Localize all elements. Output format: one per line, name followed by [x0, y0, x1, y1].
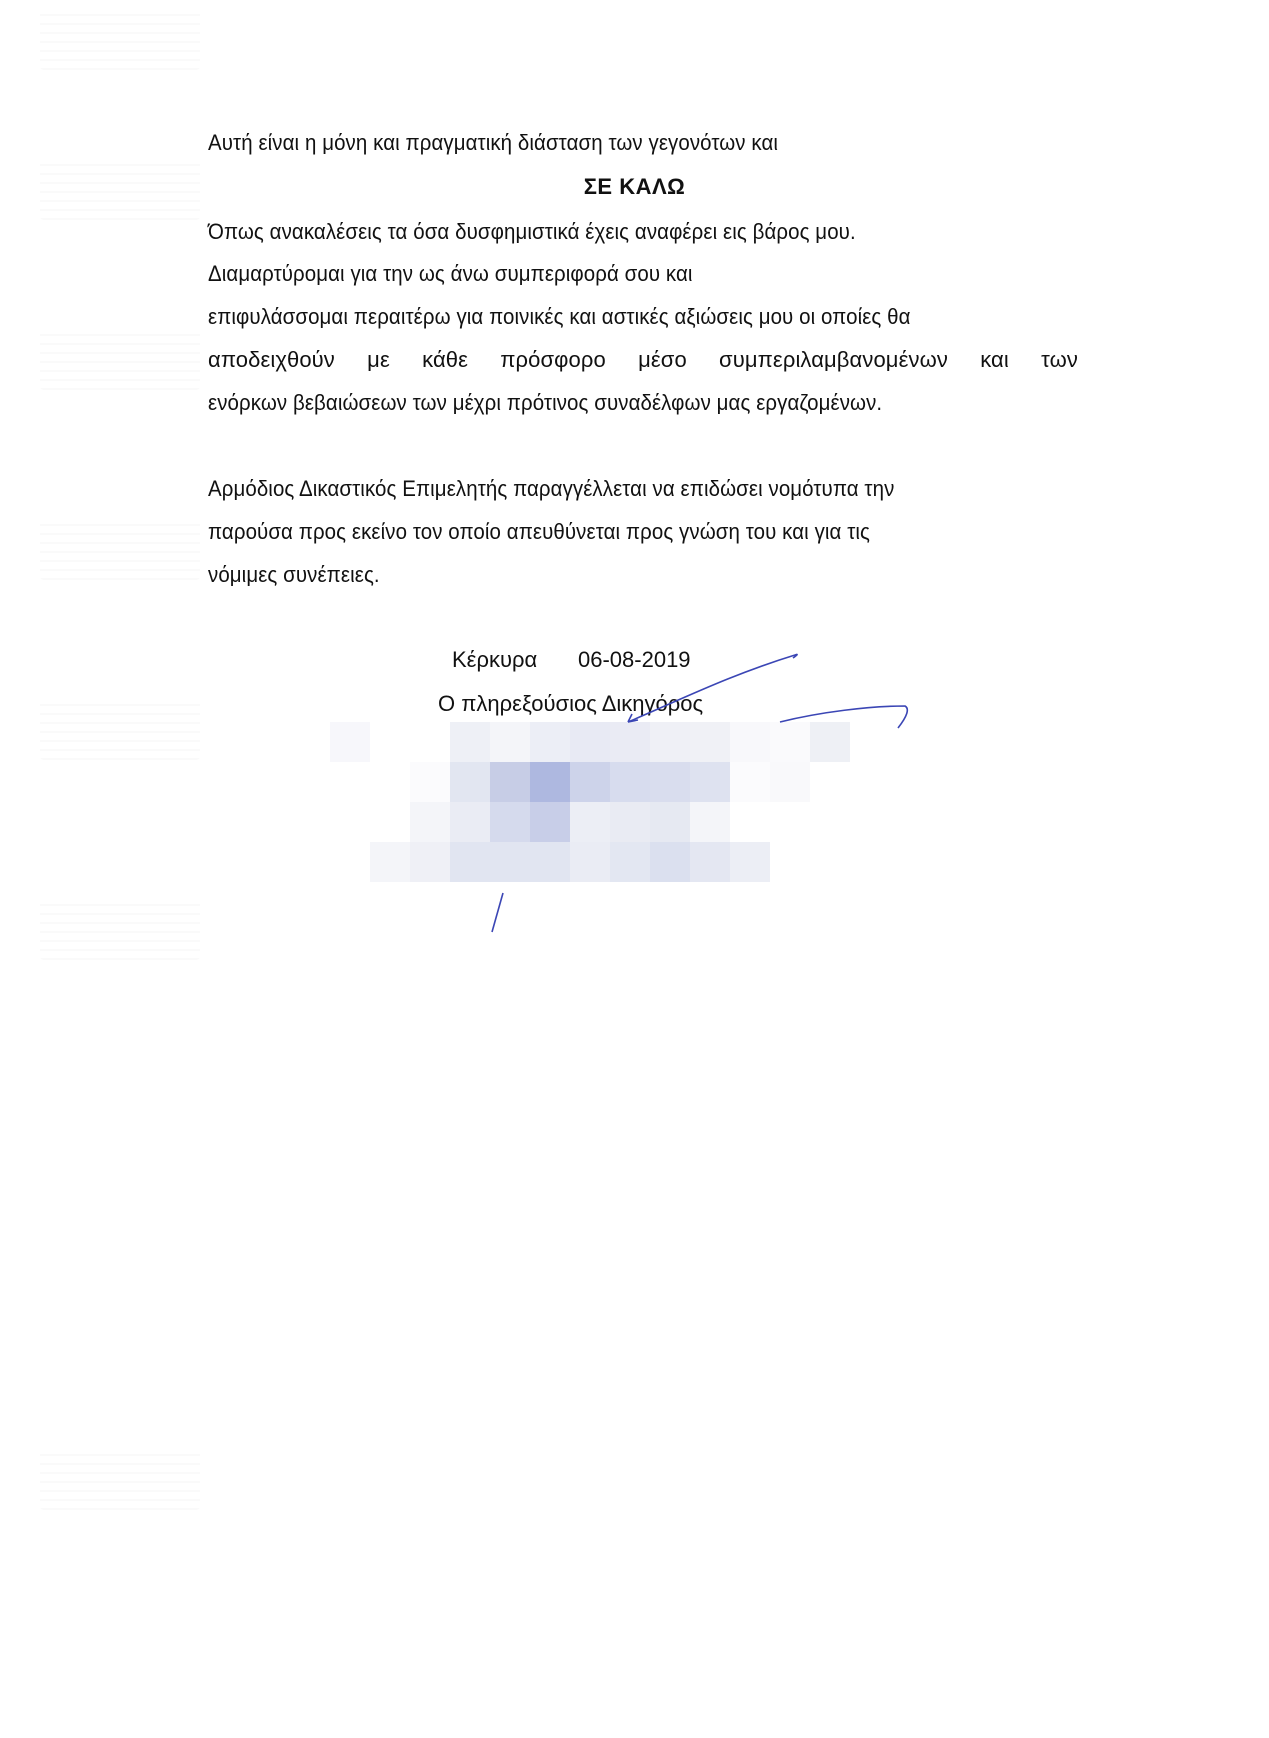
text-line: Αυτή είναι η μόνη και πραγματική διάστασ… — [208, 130, 778, 156]
signature-place: Κέρκυρα — [452, 647, 537, 673]
redaction-pixel — [570, 722, 610, 762]
redaction-pixel — [370, 842, 410, 882]
signature-date: 06-08-2019 — [578, 647, 691, 673]
redaction-pixel — [410, 842, 450, 882]
text-line: Όπως ανακαλέσεις τα όσα δυσφημιστικά έχε… — [208, 219, 856, 245]
redaction-pixel — [450, 762, 490, 802]
redaction-pixel — [650, 722, 690, 762]
redaction-pixel — [650, 762, 690, 802]
redaction-pixel — [810, 722, 850, 762]
redaction-pixel — [610, 722, 650, 762]
text-line: Διαμαρτύρομαι για την ως άνω συμπεριφορά… — [208, 261, 693, 287]
redaction-pixel — [450, 842, 490, 882]
text-line: Αρμόδιος Δικαστικός Επιμελητής παραγγέλλ… — [208, 476, 894, 502]
redaction-pixel — [690, 842, 730, 882]
text-line: επιφυλάσσομαι περαιτέρω για ποινικές και… — [208, 304, 911, 330]
redaction-pixel — [570, 762, 610, 802]
redaction-pixel — [610, 762, 650, 802]
redaction-pixel — [690, 762, 730, 802]
text-line: νόμιμες συνέπειες. — [208, 562, 380, 588]
redaction-pixel — [330, 722, 370, 762]
bleed-through-mark — [40, 520, 200, 580]
redaction-pixel — [530, 762, 570, 802]
redaction-pixel — [410, 802, 450, 842]
redaction-pixel — [450, 802, 490, 842]
bleed-through-mark — [40, 1450, 200, 1510]
text-line: ενόρκων βεβαιώσεων των μέχρι πρότινος συ… — [208, 390, 882, 416]
redaction-pixel — [530, 802, 570, 842]
text-line: αποδειχθούν με κάθε πρόσφορο μέσο συμπερ… — [208, 347, 1078, 373]
redaction-pixel — [610, 802, 650, 842]
redaction-pixel — [490, 722, 530, 762]
bleed-through-mark — [40, 330, 200, 390]
heading-se-kalo: ΣΕ ΚΑΛΩ — [0, 174, 1269, 200]
bleed-through-mark — [40, 700, 200, 760]
redaction-pixel — [410, 762, 450, 802]
redaction-pixel — [450, 722, 490, 762]
bleed-through-mark — [40, 10, 200, 70]
bleed-through-mark — [40, 900, 200, 960]
redaction-pixel — [730, 722, 770, 762]
redaction-pixel — [490, 802, 530, 842]
redaction-pixel — [530, 842, 570, 882]
redaction-pixel — [770, 762, 810, 802]
redaction-pixel — [650, 842, 690, 882]
redaction-pixel — [730, 762, 770, 802]
signature-title: Ο πληρεξούσιος Δικηγόρος — [438, 691, 703, 717]
redaction-pixel — [770, 722, 810, 762]
redaction-pixel — [570, 842, 610, 882]
redaction-pixel — [690, 802, 730, 842]
redaction-pixel — [530, 722, 570, 762]
redaction-pixel — [730, 842, 770, 882]
redaction-pixel — [610, 842, 650, 882]
redaction-pixel — [650, 802, 690, 842]
redaction-pixel — [690, 722, 730, 762]
redaction-pixel — [490, 762, 530, 802]
redaction-pixel — [490, 842, 530, 882]
redaction-pixel — [570, 802, 610, 842]
text-line: παρούσα προς εκείνο τον οποίο απευθύνετα… — [208, 519, 870, 545]
